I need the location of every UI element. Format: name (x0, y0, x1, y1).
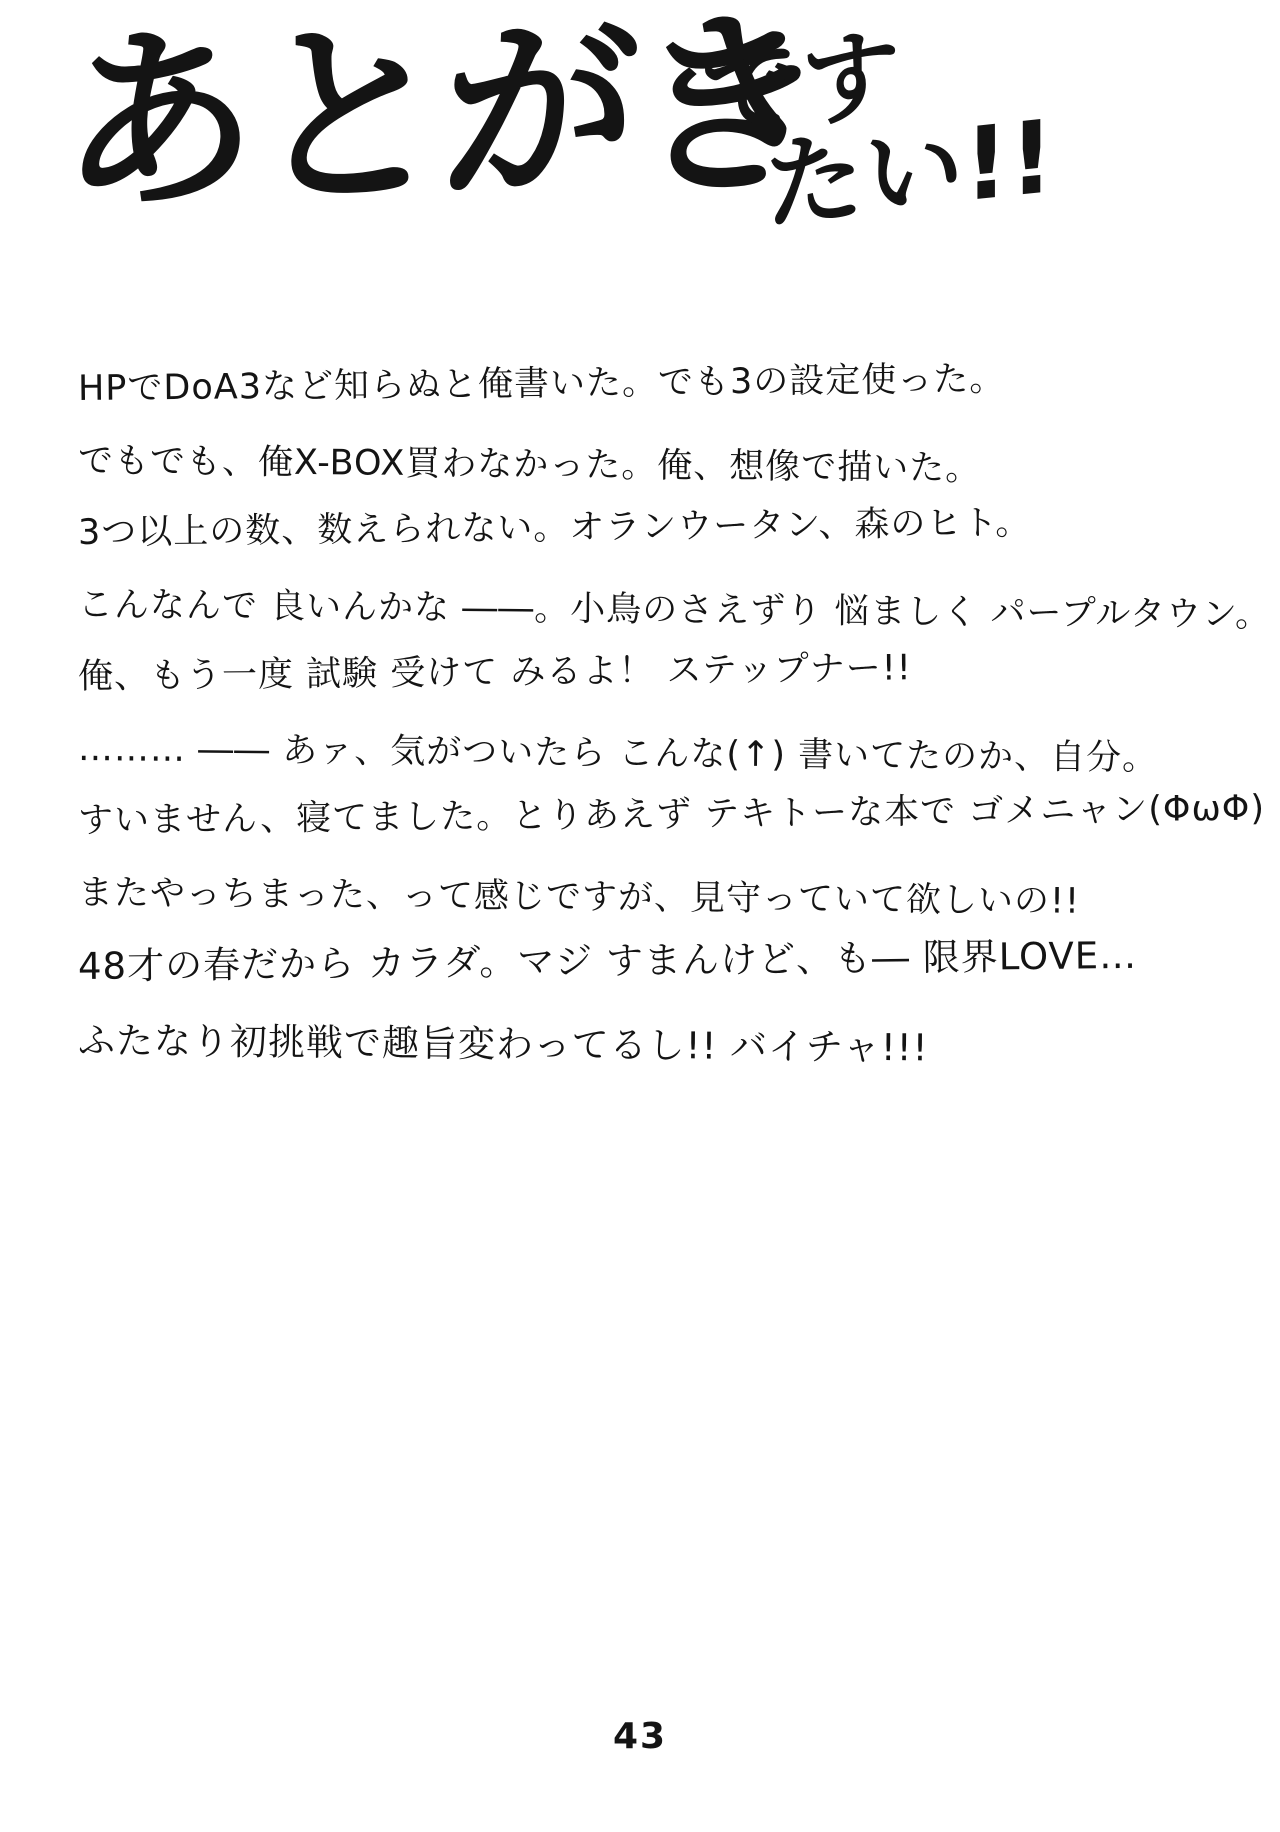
scanned-afterword-page: あとがき です たい!! HPでDoA3など知らぬと俺書いた。でも3の設定使った… (0, 0, 1280, 1832)
handwritten-line: すいません、寝てました。とりあえず テキトーな本で ゴメニャン(ΦωΦ) (78, 794, 1038, 839)
handwritten-line: でもでも、俺X-BOX買わなかった。俺、想像で描いた。 (78, 444, 1038, 487)
afterword-body-text: HPでDoA3など知らぬと俺書いた。でも3の設定使った。でもでも、俺X-BOX買… (78, 372, 1038, 1096)
handwritten-line: 3つ以上の数、数えられない。オランウータン、森のヒト。 (78, 506, 1038, 551)
handwritten-line: ……… ―― あァ、気がついたら こんな(↑) 書いてたのか、自分。 (78, 732, 1038, 775)
handwritten-line: 俺、もう一度 試験 受けて みるよ！ ステップナー!! (78, 650, 1038, 695)
handwritten-line: 48才の春だから カラダ。マジ すまんけど、も― 限界LOVE… (78, 938, 1038, 985)
handwritten-line: またやっちまった、って感じですが、見守っていて欲しいの!! (78, 876, 1038, 919)
title-calligraphy-sub: です たい!! (701, 9, 1054, 243)
handwritten-line: こんなんで 良いんかな ――。小鳥のさえずり 悩ましく パープルタウン。 (78, 588, 1038, 631)
page-number: 43 (0, 1716, 1280, 1757)
handwritten-line: ふたなり初挑戦で趣旨変わってるし!! バイチャ!!! (78, 1022, 1038, 1067)
handwritten-line: HPでDoA3など知らぬと俺書いた。でも3の設定使った。 (78, 362, 1038, 407)
title-sub-line-2: たい!! (765, 107, 1055, 236)
page-title: あとがき です たい!! (0, 0, 1280, 340)
